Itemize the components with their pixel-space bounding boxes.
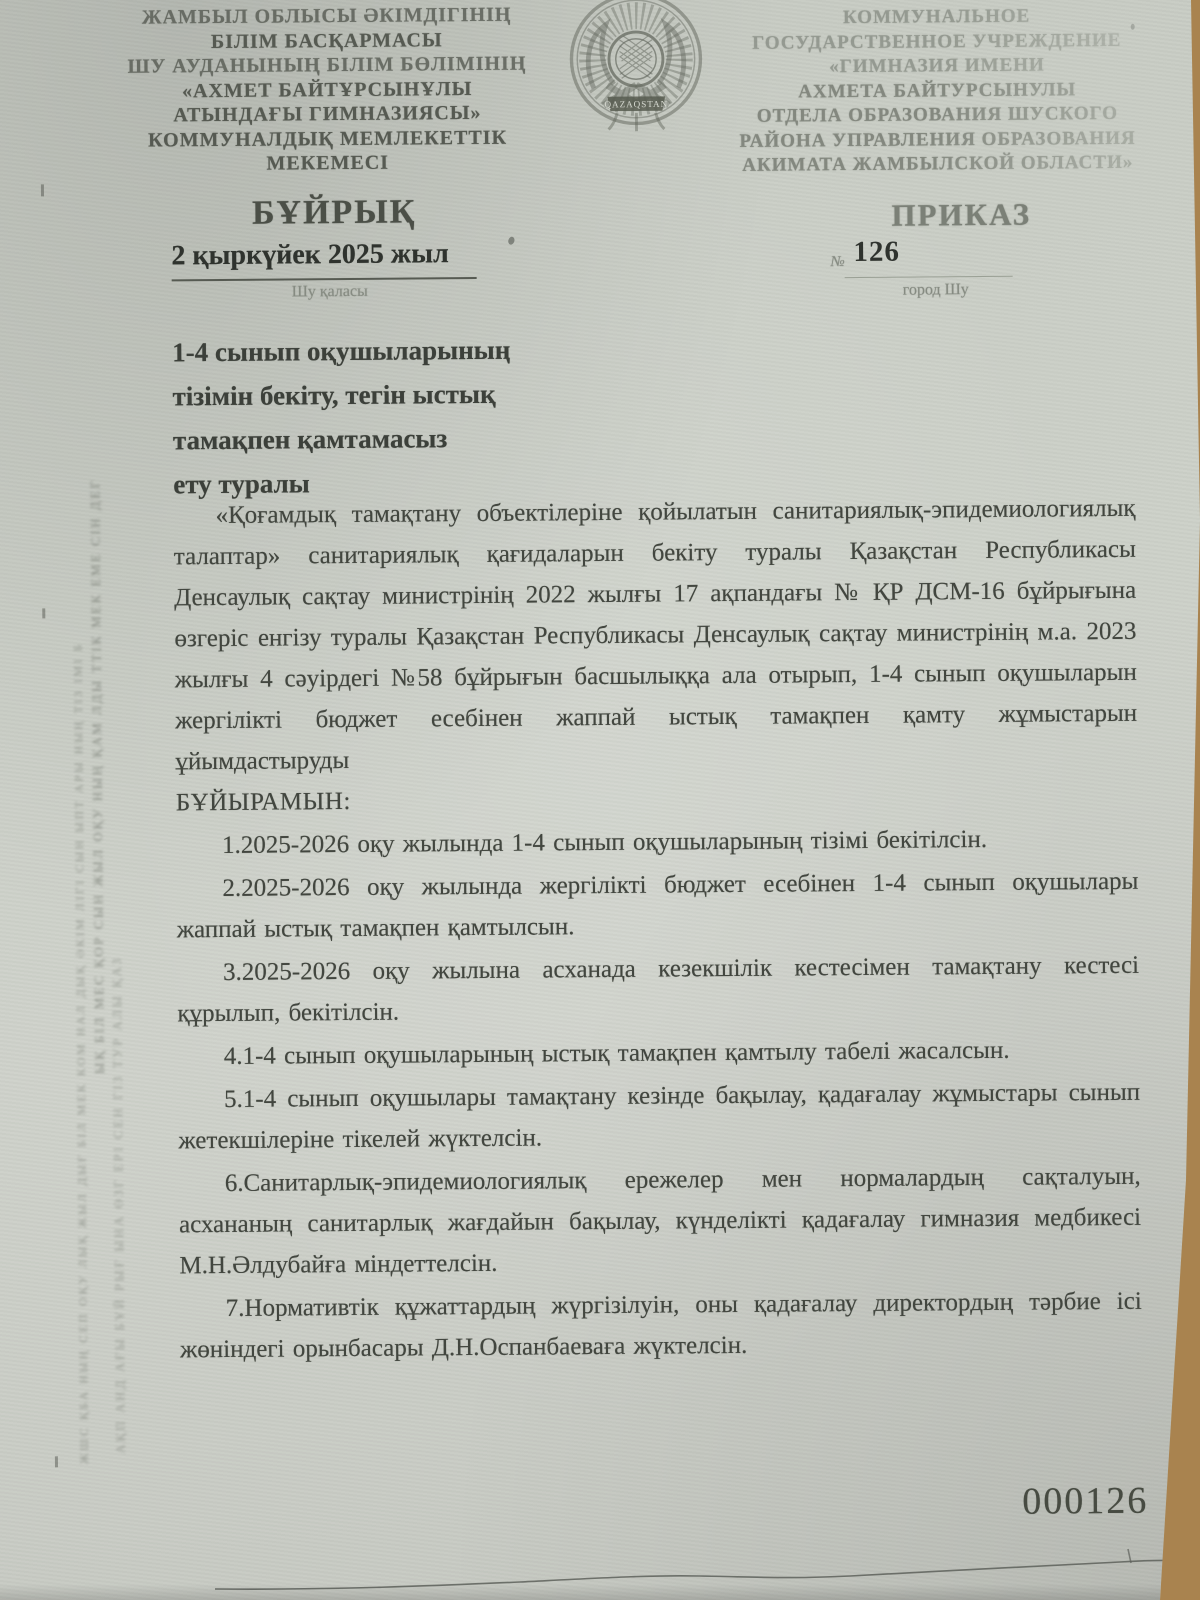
letterhead-russian-line: РАЙОНА УПРАВЛЕНИЯ ОБРАЗОВАНИЯ	[707, 126, 1169, 154]
resolve-word: БҰЙЫРАМЫН:	[176, 775, 1138, 824]
letterhead-russian-line: «ГИМНАЗИЯ ИМЕНИ	[706, 53, 1168, 81]
letterhead-russian-line: КОММУНАЛЬНОЕ	[706, 4, 1168, 32]
city-label-russian: город Шу	[903, 281, 969, 300]
letterhead-kazakh: ЖАМБЫЛ ОБЛЫСЫ ӘКІМДІГІНІҢБІЛІМ БАСҚАРМАС…	[86, 2, 569, 177]
letterhead-russian-line: ГОСУДАРСТВЕННОЕ УЧРЕЖДЕНИЕ	[706, 28, 1168, 56]
form-serial-number: 000126	[1022, 1479, 1148, 1524]
order-subject-line: 1-4 сынып оқушыларының	[172, 326, 692, 374]
letterhead-russian-line: АХМЕТА БАЙТУРСЫНУЛЫ	[706, 77, 1168, 105]
order-date-text: 2 қыркүйек 2025 жыл	[171, 238, 477, 281]
order-title-kazakh: БҰЙРЫҚ	[169, 193, 499, 234]
letterhead-kazakh-line: АТЫНДАҒЫ ГИМНАЗИЯСЫ»	[86, 100, 568, 128]
document-content: ЖАМБЫЛ ОБЛЫСЫ ӘКІМДІГІНІҢБІЛІМ БАСҚАРМАС…	[0, 0, 1200, 1600]
edge-mark	[41, 184, 44, 196]
order-item: 7.Нормативтік құжаттардың жүргізілуін, о…	[180, 1281, 1143, 1371]
ink-speck	[1131, 24, 1135, 30]
order-body: «Қоғамдық тамақтану объектілеріне қойыла…	[173, 488, 1142, 1371]
order-subject-line: тізімін бекіту, тегін ыстық	[172, 370, 692, 418]
letterhead-kazakh-line: КОММУНАЛДЫҚ МЕМЛЕКЕТТІК	[86, 125, 568, 153]
order-item: 3.2025-2026 оқу жылына асханада кезекшіл…	[177, 945, 1140, 1035]
order-number: 126	[853, 236, 900, 269]
letterhead-kazakh-line: ЖАМБЫЛ ОБЛЫСЫ ӘКІМДІГІНІҢ	[86, 2, 568, 30]
letterhead-kazakh-line: «АХМЕТ БАЙТҰРСЫНҰЛЫ	[86, 76, 568, 104]
photographed-document: { "page": { "paper_color": "#cdd1c9", "w…	[0, 0, 1200, 1600]
margin-bleedthrough-text: ЫҚ БІЛ МЕС ҚОР СЫН ЖЫЛ ОҚУ НЫҢ ҚАМ ЛДЫ Т…	[87, 474, 108, 1074]
paper-edge-shadow	[0, 1584, 1160, 1600]
order-item: 5.1-4 сынып оқушылары тамақтану кезінде …	[178, 1072, 1141, 1162]
order-item: 6.Санитарлық-эпидемиологиялық ережелер м…	[179, 1156, 1142, 1287]
ink-speck	[507, 236, 515, 245]
order-item: 2.2025-2026 оқу жылында жергілікті бюдже…	[176, 861, 1139, 951]
edge-mark	[55, 1456, 58, 1467]
order-subject: 1-4 сынып оқушыларыныңтізімін бекіту, те…	[172, 326, 693, 506]
order-item: 4.1-4 сынып оқушыларының ыстық тамақпен …	[178, 1029, 1140, 1078]
city-label-kazakh: Шу қаласы	[180, 282, 480, 302]
paper-sheet: ЖАМБЫЛ ОБЛЫСЫ ӘКІМДІГІНІҢБІЛІМ БАСҚАРМАС…	[0, 0, 1200, 1600]
order-item: 1.2025-2026 оқу жылында 1-4 сынып оқушыл…	[176, 818, 1138, 867]
letterhead-kazakh-line: БІЛІМ БАСҚАРМАСЫ	[86, 27, 568, 55]
order-subject-line: тамақпен қамтамасыз	[173, 414, 693, 462]
letterhead-russian-line: АКИМАТА ЖАМБЫЛСКОЙ ОБЛАСТИ»	[707, 151, 1169, 179]
kazakhstan-coat-of-arms-icon: QAZAQSTAN	[558, 0, 713, 149]
margin-bleedthrough-text: АҚП АНД АҒЫ БҰЙ РЫҒ ЫНА ӨЗГ ЕРІ СЕН ГІЗ …	[109, 954, 129, 1454]
letterhead-kazakh-line: ШУ АУДАНЫНЫҢ БІЛІМ БӨЛІМІНІҢ	[86, 51, 568, 79]
order-date: 2 қыркүйек 2025 жыл	[171, 238, 477, 281]
emblem-banner-text: QAZAQSTAN	[604, 99, 668, 110]
number-sign-label: №	[830, 254, 844, 271]
preamble-paragraph: «Қоғамдық тамақтану объектілеріне қойыла…	[173, 488, 1137, 783]
order-title-russian: ПРИКАЗ	[851, 196, 1071, 234]
order-items: 1.2025-2026 оқу жылында 1-4 сынып оқушыл…	[176, 818, 1142, 1371]
letterhead-russian-line: ОТДЕЛА ОБРАЗОВАНИЯ ШУСКОГО	[706, 102, 1168, 130]
number-underline	[845, 276, 1013, 278]
letterhead-russian: КОММУНАЛЬНОЕГОСУДАРСТВЕННОЕ УЧРЕЖДЕНИЕ«Г…	[706, 4, 1169, 179]
edge-mark	[42, 608, 45, 618]
letterhead-kazakh-line: МЕКЕМЕСІ	[87, 149, 569, 177]
